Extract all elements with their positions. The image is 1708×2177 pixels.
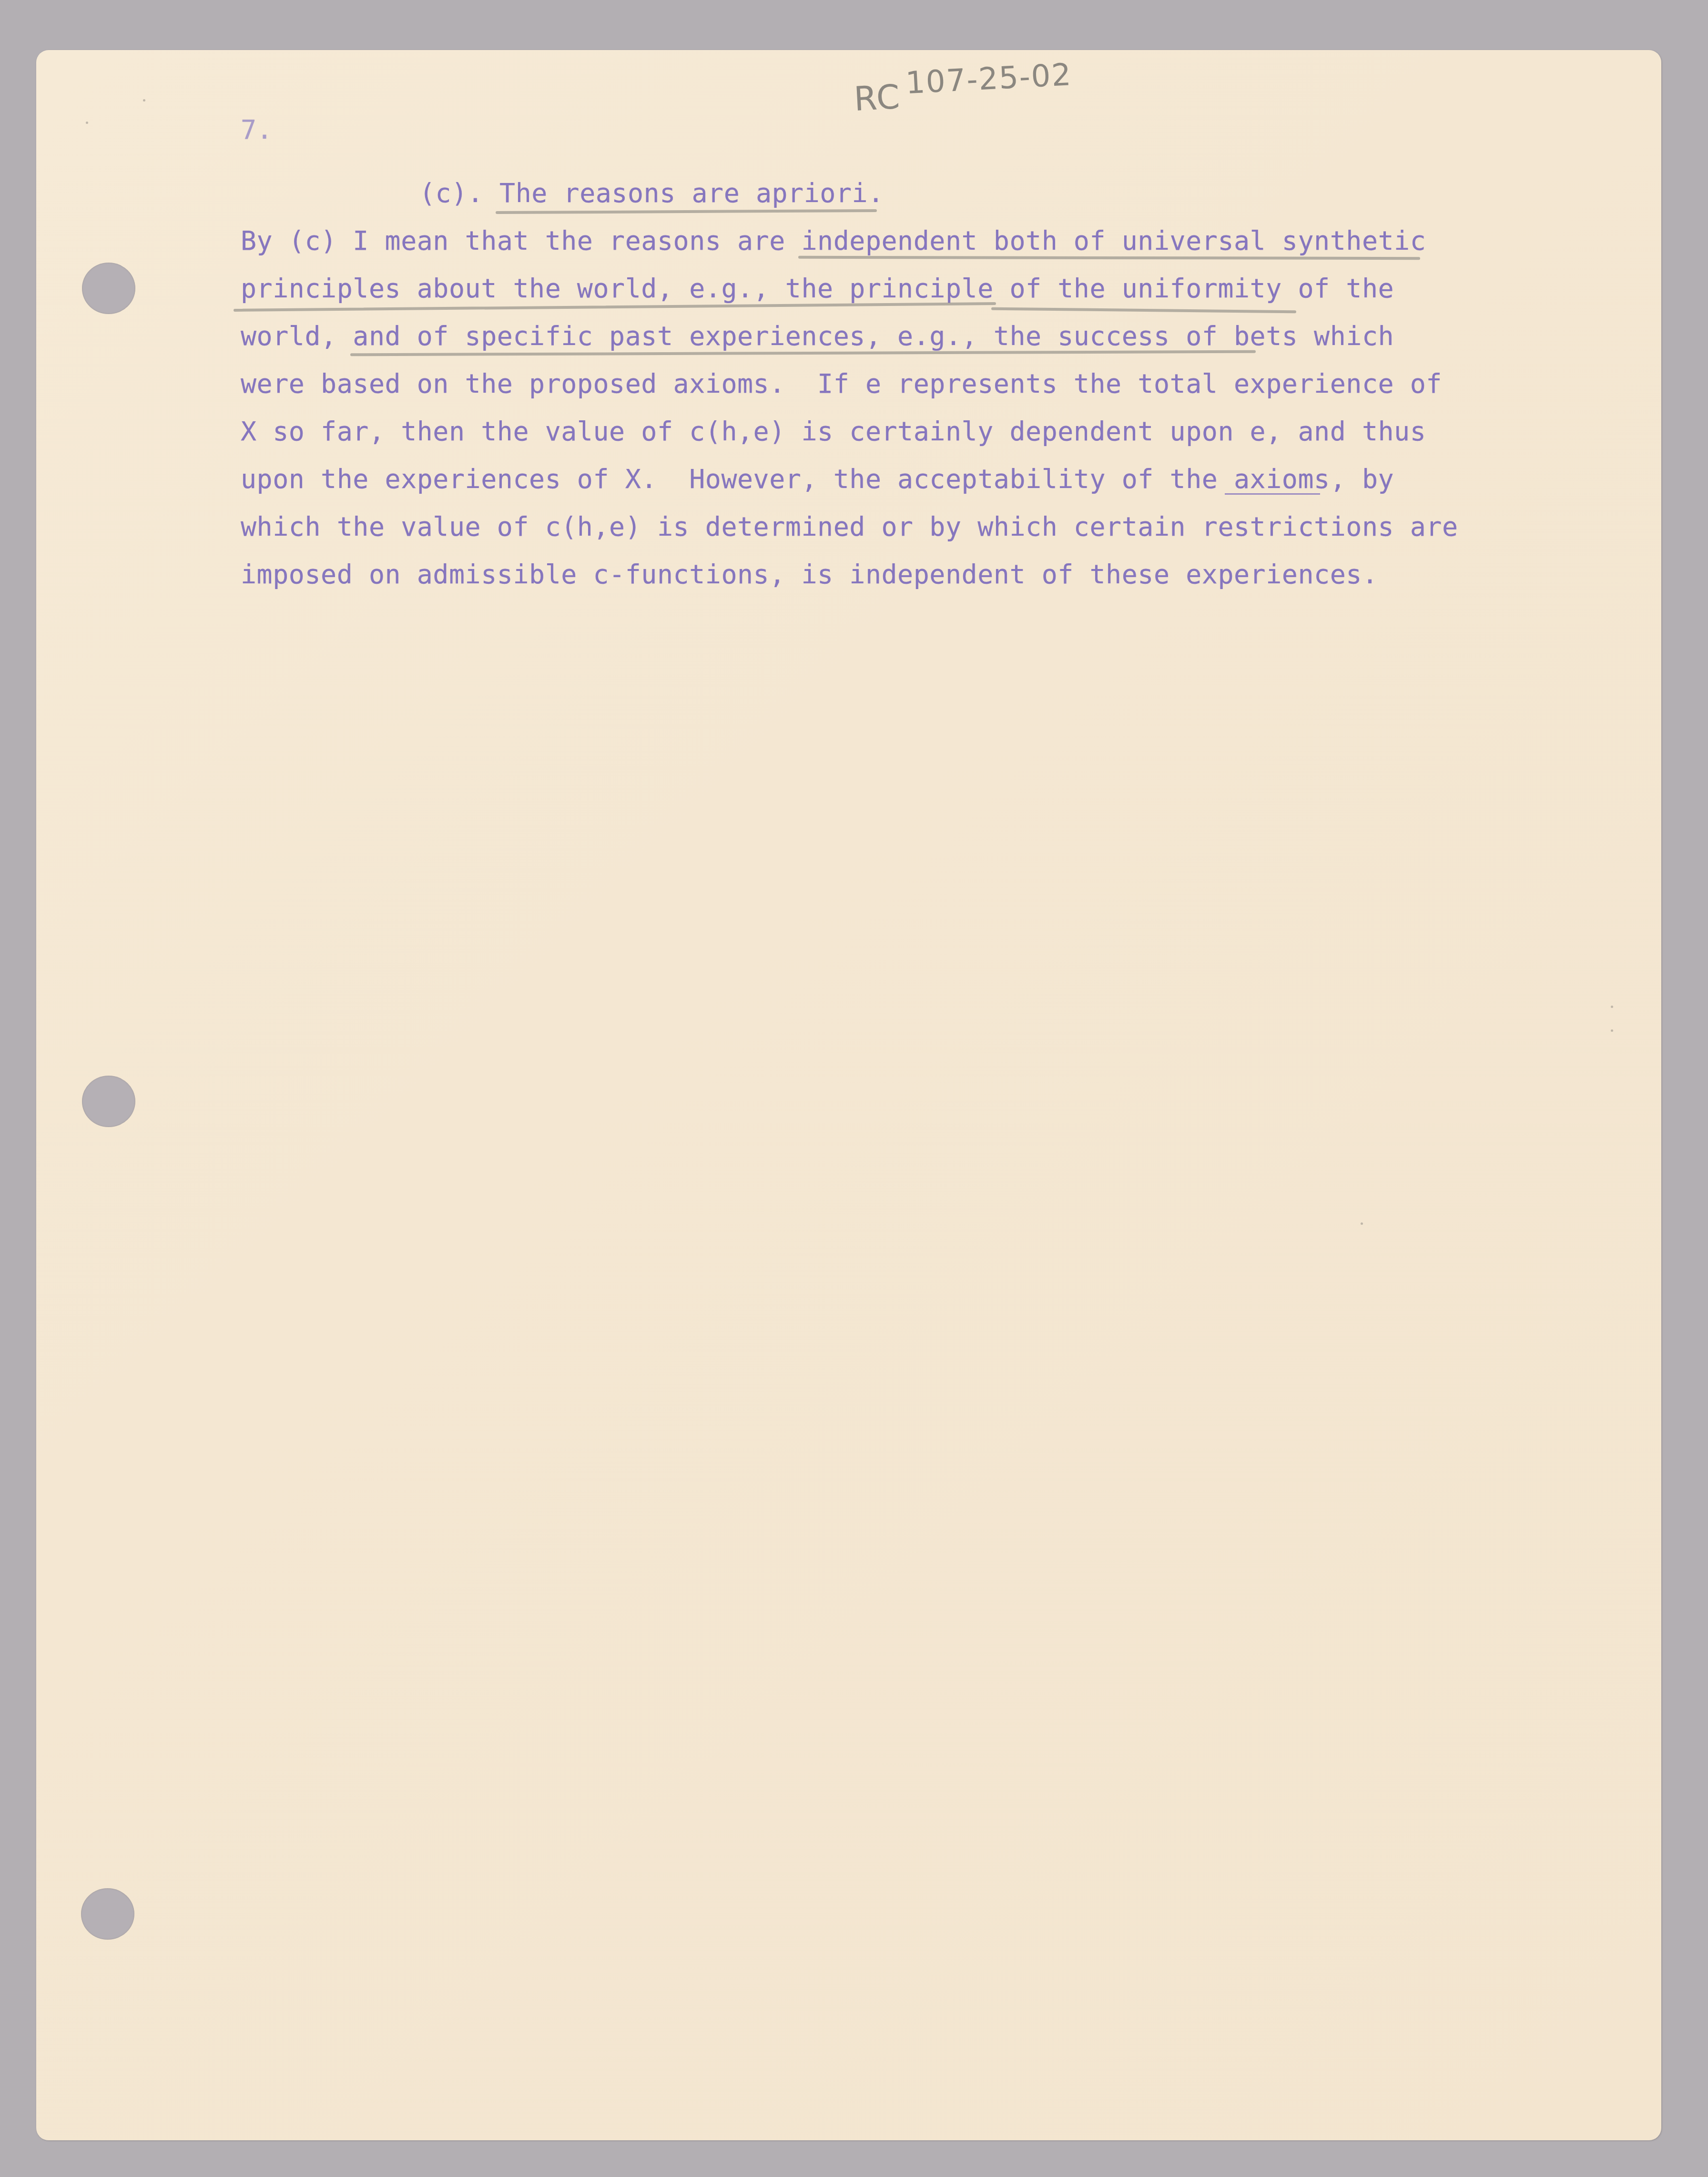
- body-line-8: imposed on admissible c-functions, is in…: [241, 550, 1378, 598]
- paper-speck: [1611, 1029, 1613, 1032]
- punch-hole-bottom: [81, 1888, 134, 1940]
- typed-underline-axioms: [1225, 493, 1320, 495]
- body-line-7: which the value of c(h,e) is determined …: [241, 503, 1458, 550]
- section-title: The reasons are apriori.: [499, 178, 884, 208]
- paper-speck: [1611, 1006, 1613, 1008]
- punch-hole-middle: [82, 1076, 135, 1127]
- archive-prefix: RC: [853, 77, 902, 119]
- body-line-5: X so far, then the value of c(h,e) is ce…: [241, 407, 1426, 455]
- paper-speck: [143, 99, 145, 102]
- body-line-6: upon the experiences of X. However, the …: [241, 455, 1394, 503]
- punch-hole-top: [82, 263, 135, 314]
- paper-speck: [1361, 1222, 1363, 1225]
- page-number: 7.: [241, 106, 273, 153]
- paper-speck: [86, 122, 88, 124]
- body-line-4: were based on the proposed axioms. If e …: [241, 360, 1442, 407]
- section-label: (c).: [419, 178, 483, 208]
